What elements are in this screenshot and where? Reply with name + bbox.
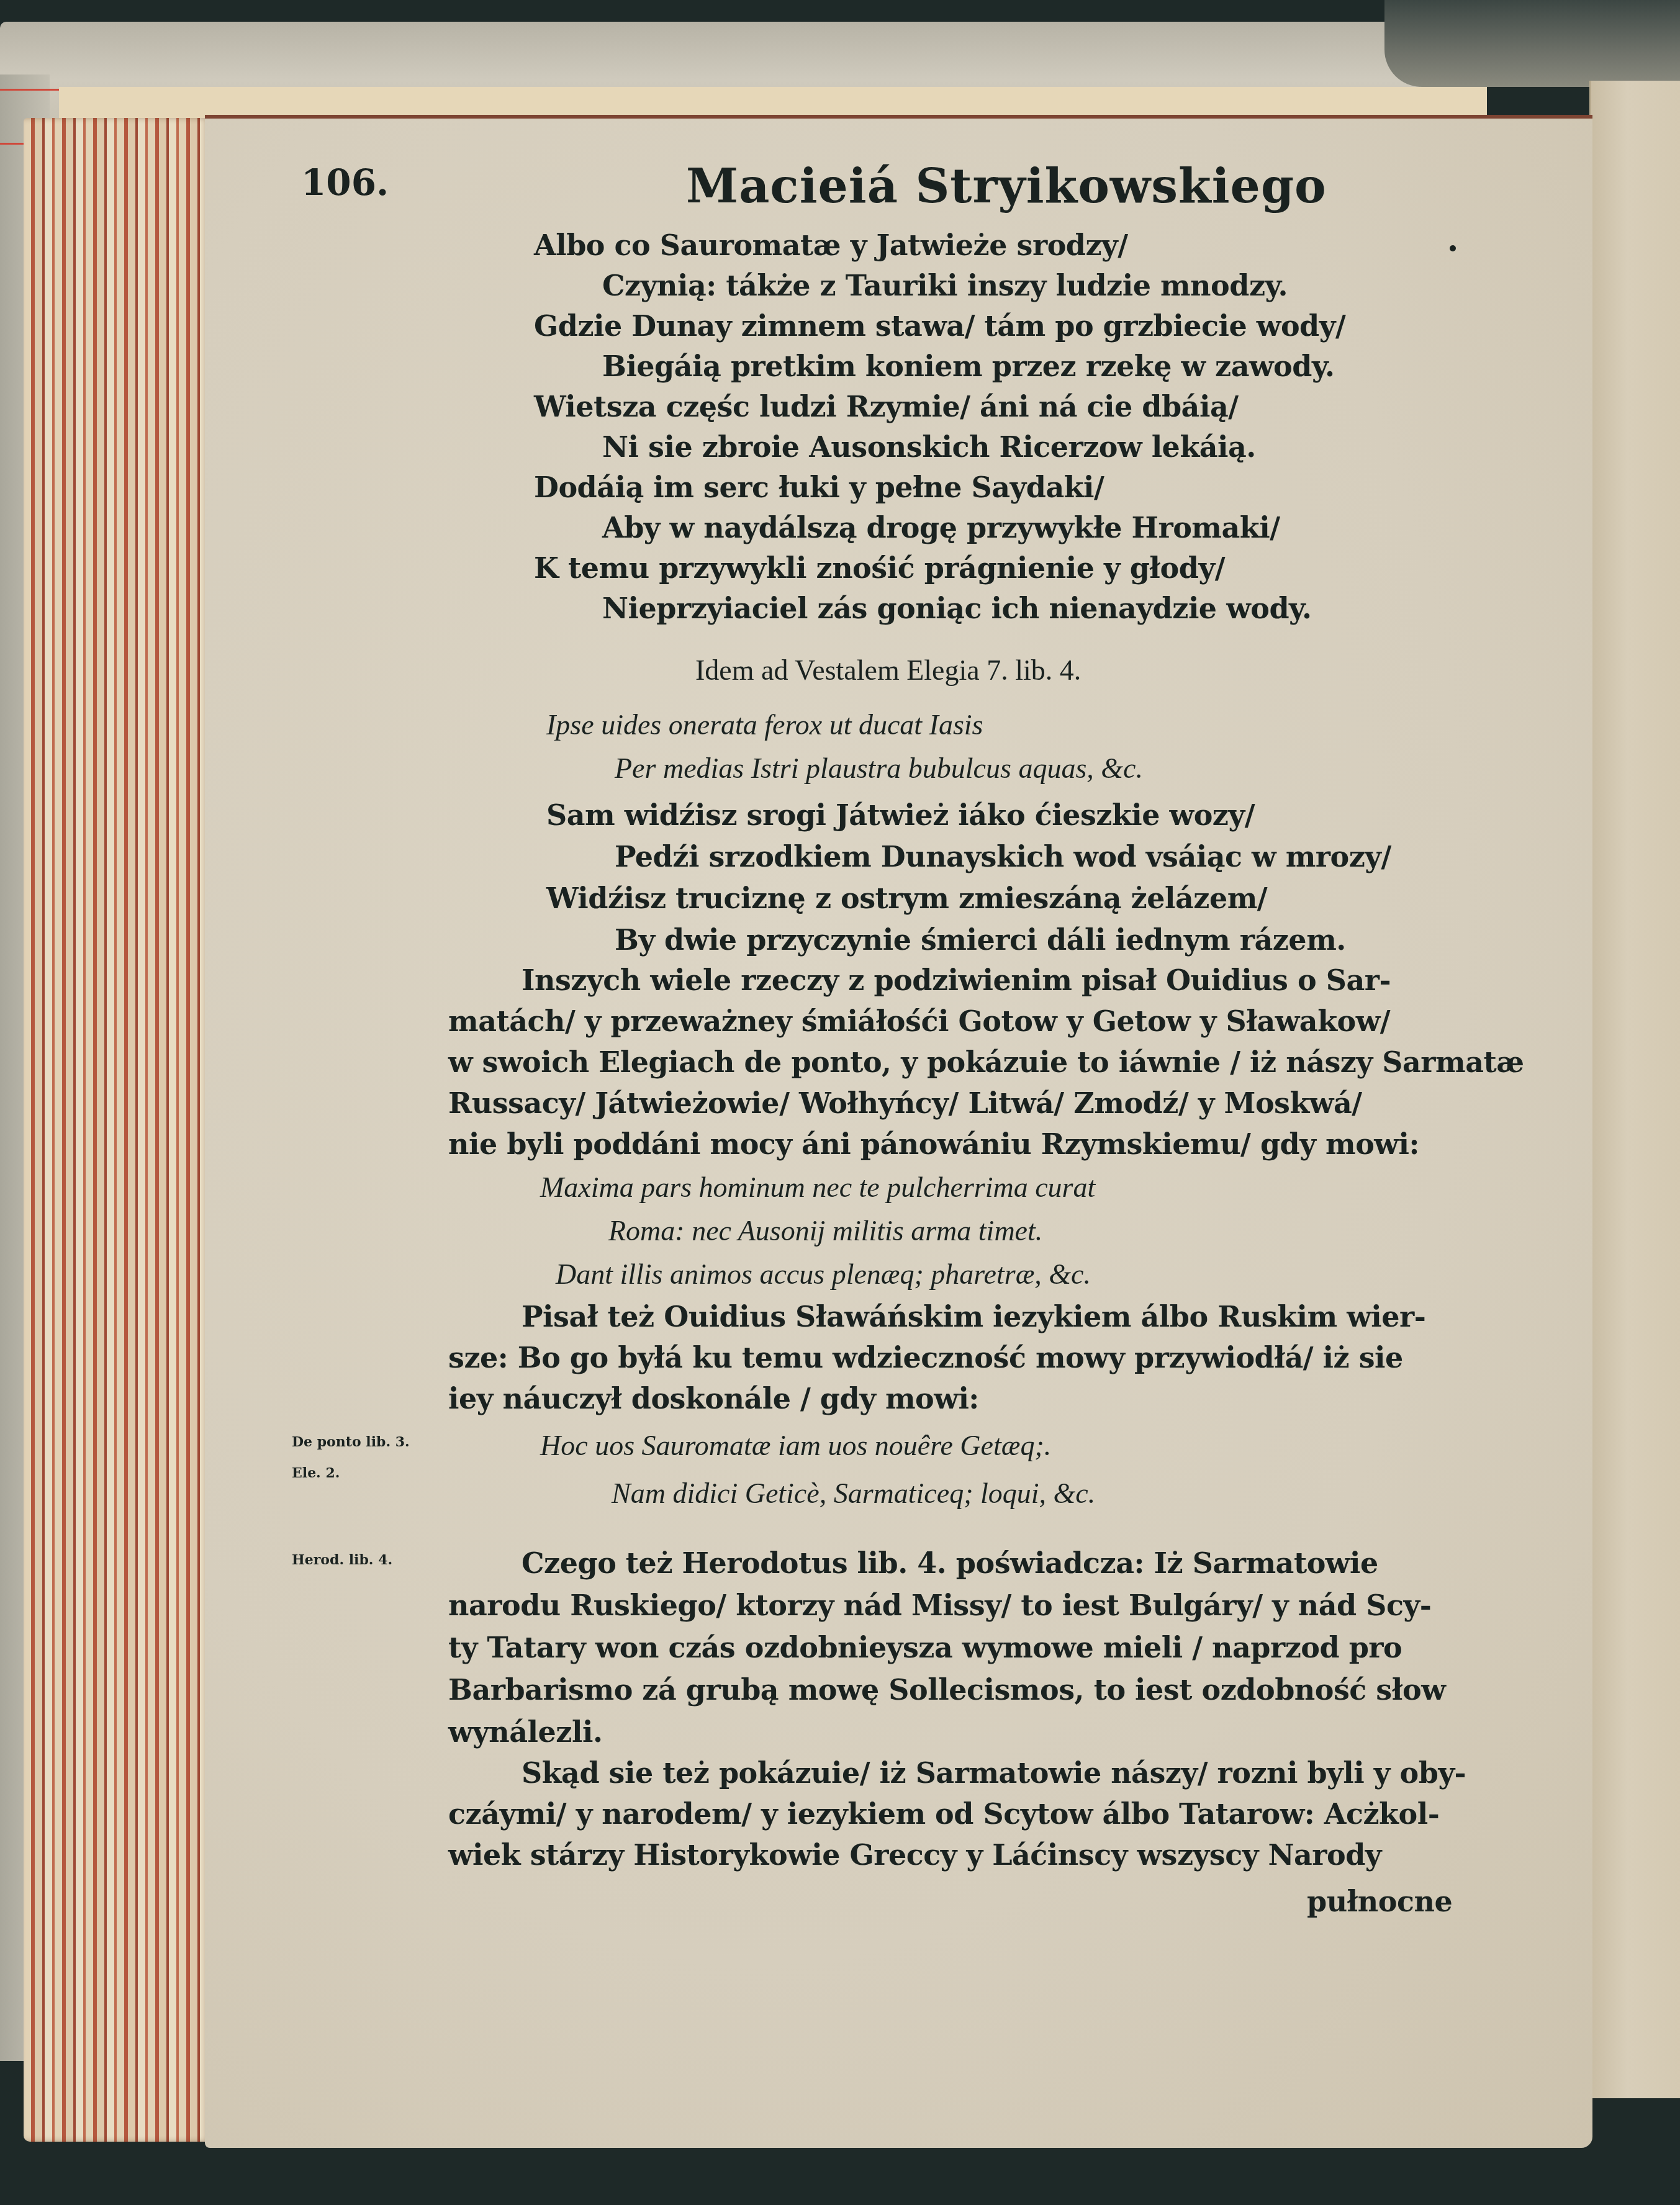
verse-line: Dodáią im serc łuki y pełne Saydaki/ — [534, 473, 1104, 502]
section-heading: Idem ad Vestalem Elegia 7. lib. 4. — [695, 656, 1081, 685]
prose-line: Pisał też Ouidius Sławáńskim iezykiem ál… — [522, 1302, 1425, 1331]
latin-verse-line: Per medias Istri plaustra bubulcus aquas… — [615, 754, 1143, 783]
prose-line: wiek stárzy Historykowie Greccy y Láćins… — [448, 1841, 1381, 1869]
prose-line: czáymi/ y narodem/ y iezykiem od Scytow … — [448, 1800, 1439, 1828]
prose-line: narodu Ruskiego/ ktorzy nád Missy/ to ie… — [448, 1591, 1431, 1620]
verse-line: Albo co Sauromatæ y Jatwieże srodzy/ — [534, 231, 1128, 259]
facing-page — [1589, 81, 1680, 2098]
prose-line: Russacy/ Játwieżowie/ Wołhyńcy/ Litwá/ Z… — [448, 1089, 1362, 1117]
latin-verse-line: Maxima pars hominum nec te pulcherrima c… — [540, 1173, 1095, 1202]
prose-line: ty Tatary won czás ozdobnieysza wymowe m… — [448, 1633, 1402, 1662]
verse-line: Wietsza częśc ludzi Rzymie/ áni ná cie d… — [534, 392, 1239, 421]
verse-line: Sam widźisz srogi Játwież iáko ćieszkie … — [546, 801, 1255, 829]
prose-line: sze: Bo go byłá ku temu wdzieczność mowy… — [448, 1343, 1403, 1372]
prose-line: nie byli poddáni mocy áni pánowániu Rzym… — [448, 1130, 1419, 1158]
verse-line: Czynią: tákże z Tauriki inszy ludzie mno… — [602, 271, 1288, 300]
verse-line: Pedźi srzodkiem Dunayskich wod vsáiąc w … — [615, 842, 1391, 871]
verse-line: By dwie przyczynie śmierci dáli iednym r… — [615, 926, 1346, 954]
prose-line: iey náuczył doskonále / gdy mowi: — [448, 1384, 979, 1413]
prose-line: wynálezli. — [448, 1718, 602, 1746]
prose-line: Inszych wiele rzeczy z podziwienim pisał… — [522, 966, 1391, 994]
verse-line: K temu przywykli znośić prágnienie y gło… — [534, 554, 1225, 582]
margin-note: De ponto lib. 3. — [292, 1434, 410, 1451]
running-head: Macieiá Stryikowskiego — [686, 163, 1327, 210]
prose-line: Barbarismo zá grubą mowę Sollecismos, to… — [448, 1675, 1445, 1704]
verse-line: Ni sie zbroie Ausonskich Ricerzow lekáią… — [602, 433, 1256, 461]
verse-line: Gdzie Dunay zimnem stawa/ tám po grzbiec… — [534, 312, 1345, 340]
latin-verse-line: Ipse uides onerata ferox ut ducat Iasis — [546, 711, 983, 739]
page-number: 106. — [301, 165, 389, 201]
prose-line: Skąd sie też pokázuie/ iż Sarmatowie nás… — [522, 1759, 1466, 1787]
catchword: pułnocne — [1307, 1887, 1452, 1916]
red-guide-line — [0, 143, 25, 145]
ink-dot — [1450, 245, 1456, 251]
latin-verse-line: Nam didici Geticè, Sarmaticeq; loqui, &c… — [612, 1479, 1095, 1508]
verse-line: Aby w naydálszą drogę przywykłe Hromaki/ — [602, 513, 1280, 542]
binding-cloth — [1384, 0, 1680, 87]
latin-verse-line: Hoc uos Sauromatæ iam uos nouêre Getæq;. — [540, 1432, 1051, 1460]
margin-note: Ele. 2. — [292, 1465, 340, 1482]
book-fore-edge — [24, 118, 210, 2142]
verse-line: Biegáią pretkim koniem przez rzekę w zaw… — [602, 352, 1334, 381]
margin-note: Herod. lib. 4. — [292, 1552, 392, 1569]
verse-line: Nieprzyiaciel zás goniąc ich nienaydzie … — [602, 594, 1312, 623]
verse-line: Widźisz truciznę z ostrym zmieszáną żelá… — [546, 884, 1267, 913]
prose-line: matách/ y przeważney śmiáłośći Gotow y G… — [448, 1007, 1390, 1035]
prose-line: Czego też Herodotus lib. 4. poświadcza: … — [522, 1549, 1378, 1577]
prose-line: w swoich Elegiach de ponto, y pokázuie t… — [448, 1048, 1524, 1076]
latin-verse-line: Roma: nec Ausonij militis arma timet. — [608, 1217, 1042, 1245]
latin-verse-line: Dant illis animos accus plenæq; pharetræ… — [556, 1260, 1091, 1289]
